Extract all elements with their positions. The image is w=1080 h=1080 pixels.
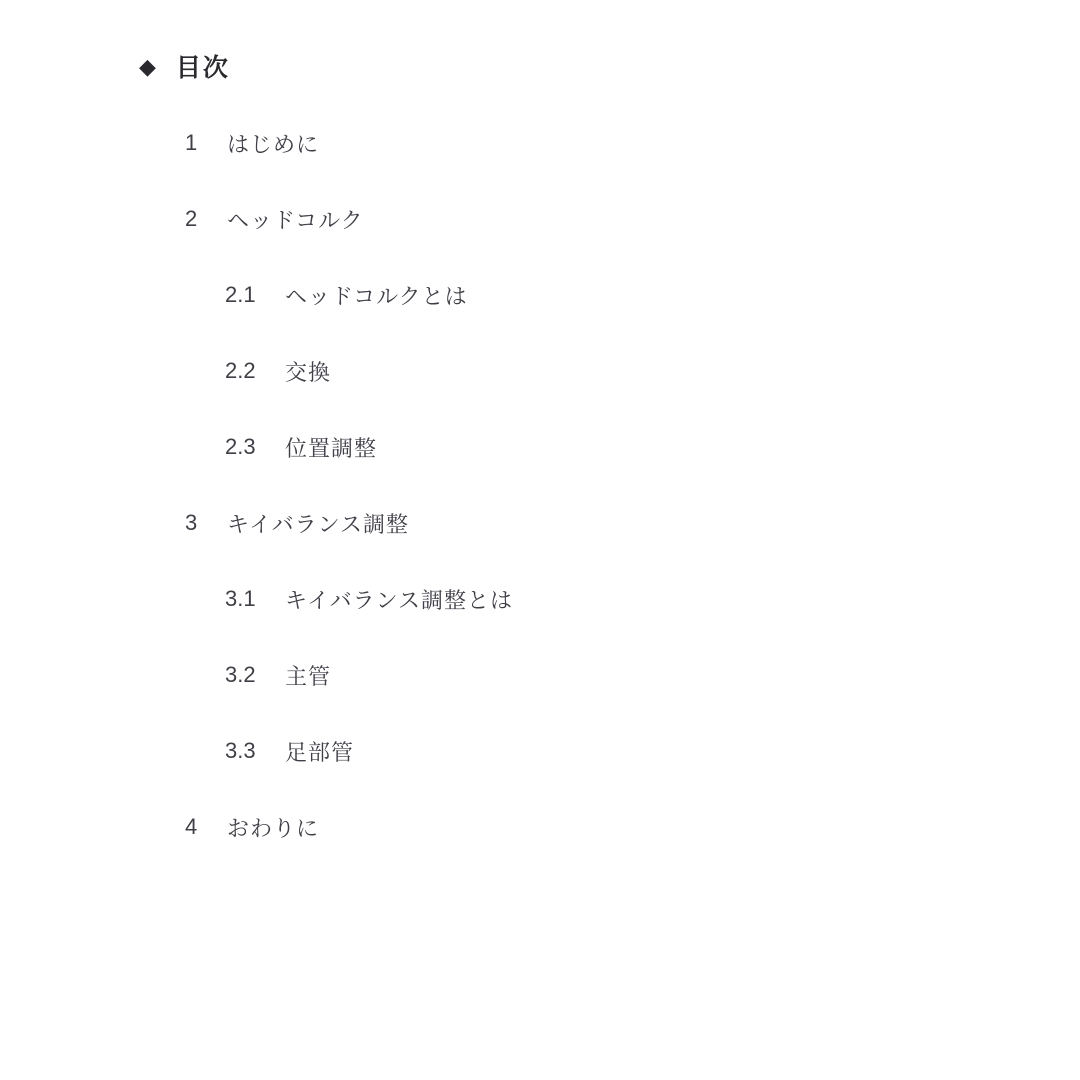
toc-item-label: 交換 [285, 356, 331, 387]
toc-item[interactable]: 2 ヘッドコルク [185, 181, 513, 257]
toc-item[interactable]: 3.1 キイバランス調整とは [185, 561, 513, 637]
toc-item[interactable]: 2.1 ヘッドコルクとは [185, 257, 513, 333]
toc-item-number: 1 [185, 130, 227, 156]
toc-item-label: キイバランス調整とは [285, 584, 513, 615]
toc-item-number: 3 [185, 510, 227, 536]
toc-item-label: 主管 [285, 660, 331, 691]
toc-item[interactable]: 3.2 主管 [185, 637, 513, 713]
toc-item[interactable]: 3.3 足部管 [185, 713, 513, 789]
toc-item-label: はじめに [227, 128, 319, 159]
toc-item[interactable]: 2.2 交換 [185, 333, 513, 409]
toc-item-label: ヘッドコルクとは [285, 280, 468, 311]
toc-item[interactable]: 4 おわりに [185, 789, 513, 865]
toc-item-number: 2 [185, 206, 227, 232]
toc-item-label: 位置調整 [285, 432, 377, 463]
toc-item-label: キイバランス調整 [227, 508, 409, 539]
toc-item[interactable]: 3 キイバランス調整 [185, 485, 513, 561]
toc-item-number: 3.3 [225, 738, 285, 764]
toc-item-label: 足部管 [285, 736, 354, 767]
toc-item-number: 2.1 [225, 282, 285, 308]
toc-item-label: ヘッドコルク [227, 204, 364, 235]
toc-item-number: 2.3 [225, 434, 285, 460]
toc-item[interactable]: 1 はじめに [185, 105, 513, 181]
toc-heading: ◆ 目次 [139, 48, 230, 84]
toc-item-number: 3.1 [225, 586, 285, 612]
toc-title: 目次 [176, 48, 230, 84]
toc-list: 1 はじめに 2 ヘッドコルク 2.1 ヘッドコルクとは 2.2 交換 2.3 … [185, 105, 513, 865]
toc-item-number: 2.2 [225, 358, 285, 384]
toc-item-label: おわりに [227, 812, 319, 843]
diamond-bullet-icon: ◆ [139, 56, 156, 78]
document-page: ◆ 目次 1 はじめに 2 ヘッドコルク 2.1 ヘッドコルクとは 2.2 交換… [0, 0, 1080, 1080]
toc-item-number: 3.2 [225, 662, 285, 688]
toc-item[interactable]: 2.3 位置調整 [185, 409, 513, 485]
toc-item-number: 4 [185, 814, 227, 840]
